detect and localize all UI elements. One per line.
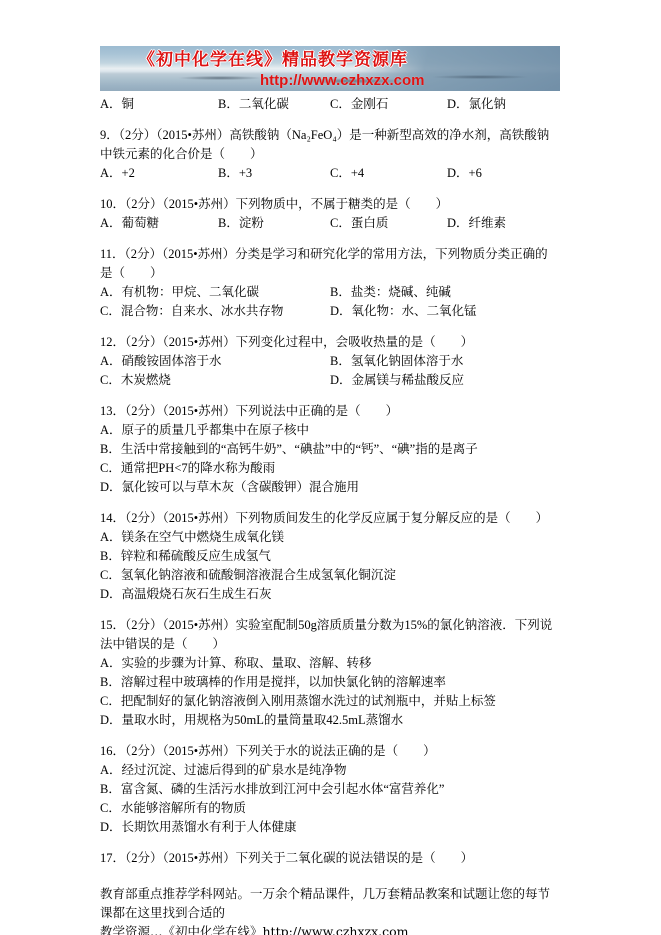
question-15: 15．（2分）（2015•苏州）实验室配制50g溶质质量分数为15%的氯化钠溶液… [100, 616, 560, 730]
option-b: B．二氧化碳 [218, 95, 330, 114]
footer-line-1: 教育部重点推荐学科网站。一万余个精品课件，几万套精品教案和试题让您的每节课都在这… [100, 884, 560, 922]
exam-page: 《初中化学在线》精品教学资源库 http://www.czhxzx.com A．… [0, 0, 560, 935]
question-stem: 11．（2分）（2015•苏州）分类是学习和研究化学的常用方法，下列物质分类正确… [100, 245, 560, 283]
option-a: A．硝酸铵固体溶于水 [100, 352, 330, 371]
footer-line-2: 教学资源…《初中化学在线》http://www.czhxzx.com [100, 922, 560, 935]
option-b: B．溶解过程中玻璃棒的作用是搅拌，以加快氯化钠的溶解速率 [100, 673, 560, 692]
question-9-options: A．+2 B．+3 C．+4 D．+6 [100, 164, 560, 183]
option-c: C．金刚石 [330, 95, 447, 114]
question-11-options: A．有机物：甲烷、二氧化碳 B．盐类：烧碱、纯碱 C．混合物：自来水、冰水共存物… [100, 283, 560, 321]
option-b: B．锌粒和稀硫酸反应生成氢气 [100, 547, 560, 566]
option-a: A．实验的步骤为计算、称取、量取、溶解、转移 [100, 654, 560, 673]
option-d: D．氯化钠 [447, 95, 560, 114]
option-a: A．葡萄糖 [100, 214, 218, 233]
option-a: A．原子的质量几乎都集中在原子核中 [100, 421, 560, 440]
option-d: D．氯化铵可以与草木灰（含碳酸钾）混合施用 [100, 478, 560, 497]
question-stem: 15．（2分）（2015•苏州）实验室配制50g溶质质量分数为15%的氯化钠溶液… [100, 616, 560, 654]
option-c: C．氢氧化钠溶液和硫酸铜溶液混合生成氢氧化铜沉淀 [100, 566, 560, 585]
option-d: D．高温煅烧石灰石生成生石灰 [100, 585, 560, 604]
option-b: B．生活中常接触到的“高钙牛奶”、“碘盐”中的“钙”、“碘”指的是离子 [100, 440, 560, 459]
option-c: C．+4 [330, 164, 447, 183]
option-a: A．+2 [100, 164, 218, 183]
option-b: B．盐类：烧碱、纯碱 [330, 283, 560, 302]
question-11: 11．（2分）（2015•苏州）分类是学习和研究化学的常用方法，下列物质分类正确… [100, 245, 560, 321]
question-14: 14．（2分）（2015•苏州）下列物质间发生的化学反应属于复分解反应的是（ ）… [100, 509, 560, 604]
question-stem: 14．（2分）（2015•苏州）下列物质间发生的化学反应属于复分解反应的是（ ） [100, 509, 560, 528]
option-d: D．金属镁与稀盐酸反应 [330, 371, 560, 390]
question-8-options: A．铜 B．二氧化碳 C．金刚石 D．氯化钠 [100, 95, 560, 114]
question-13: 13．（2分）（2015•苏州）下列说法中正确的是（ ） A．原子的质量几乎都集… [100, 402, 560, 497]
question-12-options: A．硝酸铵固体溶于水 B．氢氧化钠固体溶于水 C．木炭燃烧 D．金属镁与稀盐酸反… [100, 352, 560, 390]
option-c: C．通常把PH<7的降水称为酸雨 [100, 459, 560, 478]
option-d: D．长期饮用蒸馏水有利于人体健康 [100, 818, 560, 837]
question-9: 9．（2分）（2015•苏州）高铁酸钠（Na₂FeO₄）是一种新型高效的净水剂，… [100, 126, 560, 183]
question-12: 12．（2分）（2015•苏州）下列变化过程中，会吸收热量的是（ ） A．硝酸铵… [100, 333, 560, 390]
option-d: D．量取水时，用规格为50mL的量筒量取42.5mL蒸馏水 [100, 711, 560, 730]
option-c: C．木炭燃烧 [100, 371, 330, 390]
banner-url-text: http://www.czhxzx.com [260, 71, 560, 90]
question-stem: 12．（2分）（2015•苏州）下列变化过程中，会吸收热量的是（ ） [100, 333, 560, 352]
option-b: B．+3 [218, 164, 330, 183]
site-banner: 《初中化学在线》精品教学资源库 http://www.czhxzx.com [100, 46, 560, 91]
option-a: A．铜 [100, 95, 218, 114]
option-b: B．氢氧化钠固体溶于水 [330, 352, 560, 371]
question-stem: 9．（2分）（2015•苏州）高铁酸钠（Na₂FeO₄）是一种新型高效的净水剂，… [100, 126, 560, 164]
option-b: B．富含氮、磷的生活污水排放到江河中会引起水体“富营养化” [100, 780, 560, 799]
option-a: A．经过沉淀、过滤后得到的矿泉水是纯净物 [100, 761, 560, 780]
question-stem: 10．（2分）（2015•苏州）下列物质中，不属于糖类的是（ ） [100, 195, 560, 214]
question-16: 16．（2分）（2015•苏州）下列关于水的说法正确的是（ ） A．经过沉淀、过… [100, 742, 560, 837]
option-c: C．把配制好的氯化钠溶液倒入刚用蒸馏水洗过的试剂瓶中，并贴上标签 [100, 692, 560, 711]
question-17: 17．（2分）（2015•苏州）下列关于二氧化碳的说法错误的是（ ） [100, 849, 560, 868]
question-stem: 13．（2分）（2015•苏州）下列说法中正确的是（ ） [100, 402, 560, 421]
question-10-options: A．葡萄糖 B．淀粉 C．蛋白质 D．纤维素 [100, 214, 560, 233]
option-d: D．纤维素 [447, 214, 560, 233]
option-d: D．+6 [447, 164, 560, 183]
option-b: B．淀粉 [218, 214, 330, 233]
page-footer: 教育部重点推荐学科网站。一万余个精品课件，几万套精品教案和试题让您的每节课都在这… [100, 884, 560, 935]
option-c: C．水能够溶解所有的物质 [100, 799, 560, 818]
option-d: D．氧化物：水、二氧化锰 [330, 302, 560, 321]
banner-title: 《初中化学在线》精品教学资源库 [138, 50, 560, 69]
option-a: A．有机物：甲烷、二氧化碳 [100, 283, 330, 302]
question-stem: 17．（2分）（2015•苏州）下列关于二氧化碳的说法错误的是（ ） [100, 849, 560, 868]
option-c: C．混合物：自来水、冰水共存物 [100, 302, 330, 321]
option-a: A．镁条在空气中燃烧生成氧化镁 [100, 528, 560, 547]
option-c: C．蛋白质 [330, 214, 447, 233]
question-10: 10．（2分）（2015•苏州）下列物质中，不属于糖类的是（ ） A．葡萄糖 B… [100, 195, 560, 233]
question-stem: 16．（2分）（2015•苏州）下列关于水的说法正确的是（ ） [100, 742, 560, 761]
